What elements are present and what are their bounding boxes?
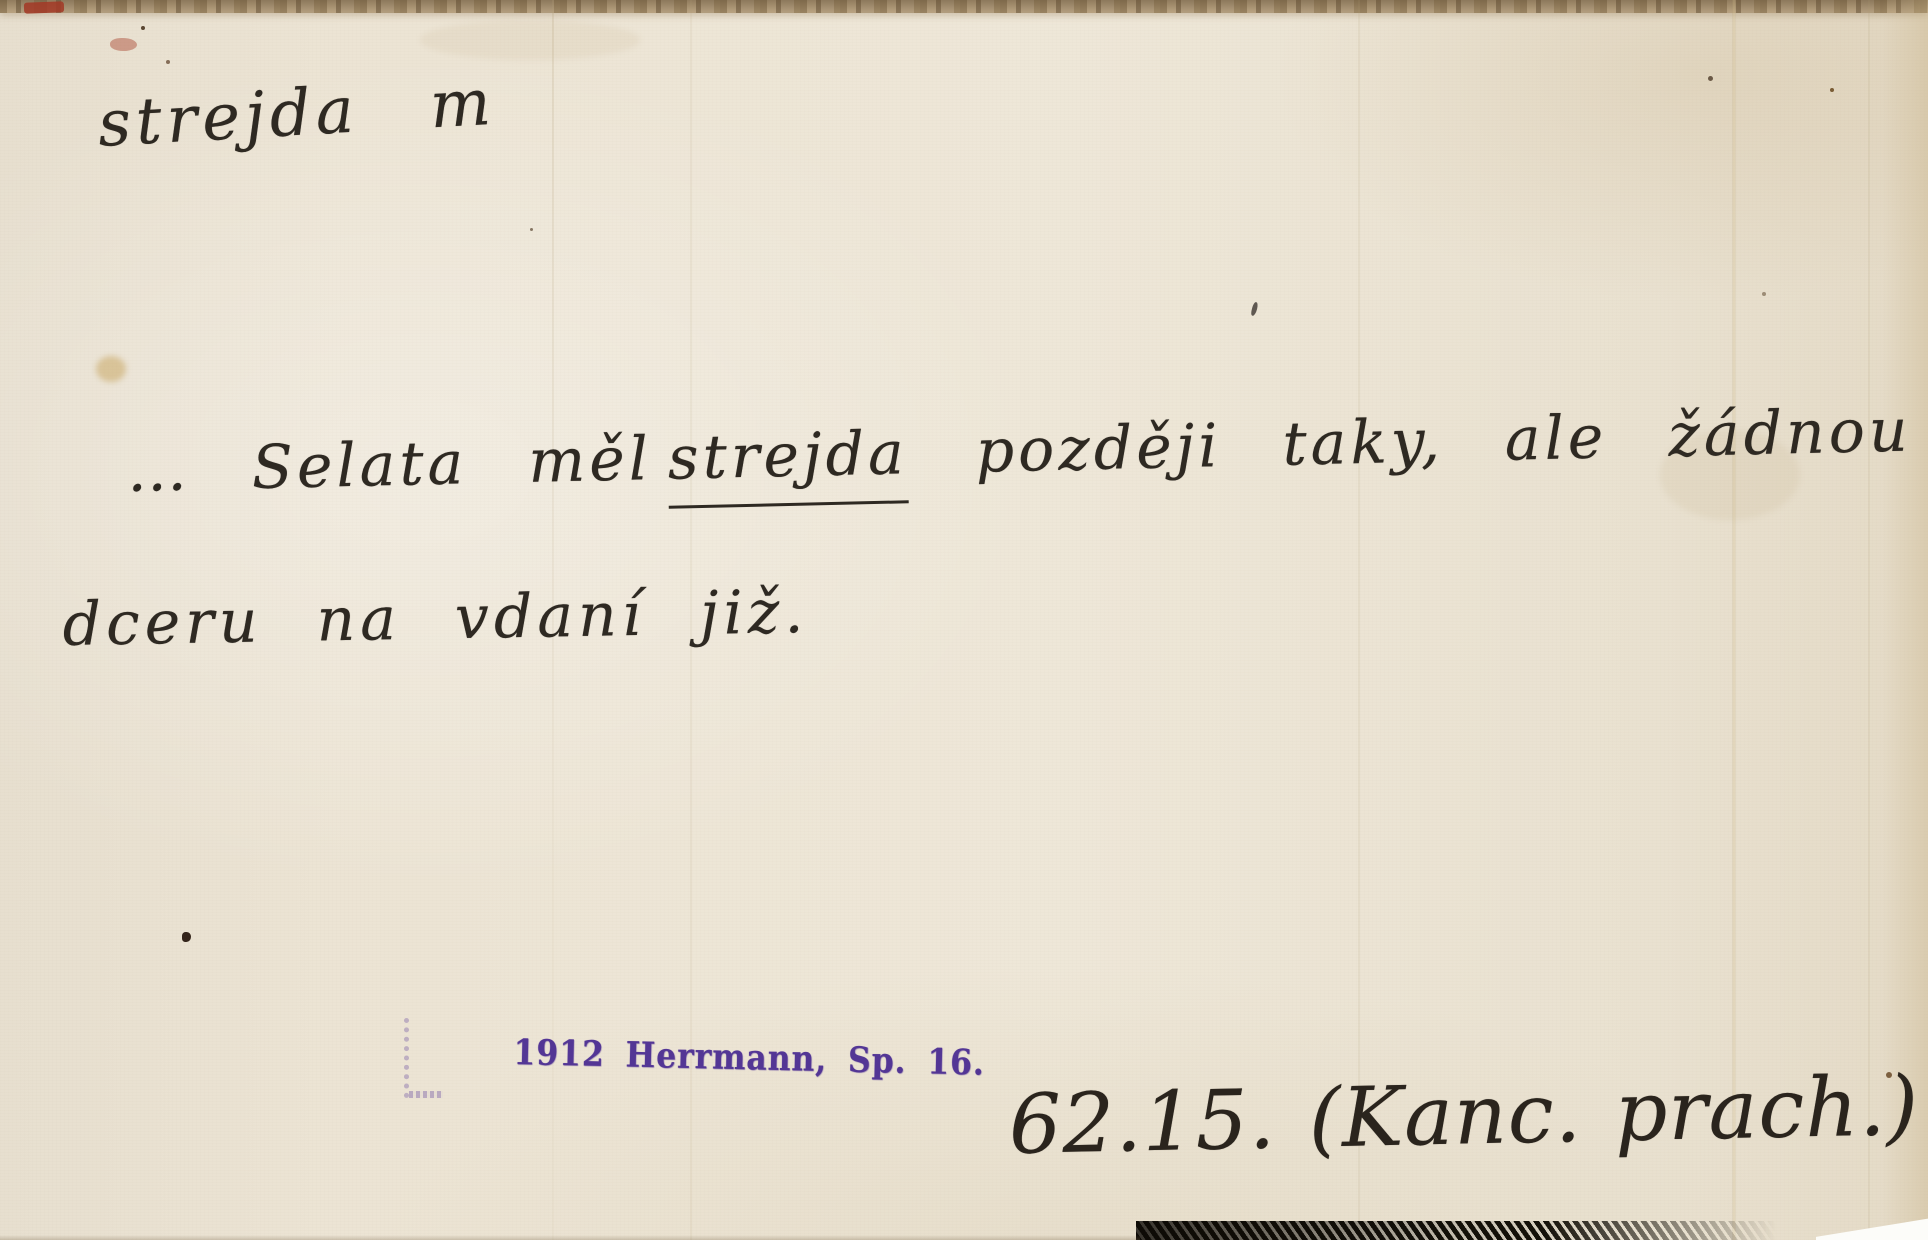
paper-speck	[141, 26, 145, 30]
date-stamp: 1912 Herrmann, Sp. 16.	[513, 1032, 985, 1084]
paper-crease	[1358, 0, 1360, 1240]
paper-crease	[1732, 0, 1736, 1240]
scan-bottom-edge-artifact	[1136, 1221, 1796, 1240]
red-ink-mark-artifact	[24, 1, 64, 13]
note-line1-underlined-word: strejda	[667, 418, 909, 508]
handwritten-shelfmark: 62.15. (Kanc. prach.)	[1008, 1059, 1920, 1173]
note-line1-post: později taky, ale žádnou	[975, 396, 1912, 487]
scan-top-edge-artifact	[0, 0, 1928, 13]
paper-speck	[530, 228, 533, 231]
paper-stain	[96, 356, 126, 382]
paper-speck	[182, 932, 191, 942]
paper-speck	[1708, 76, 1713, 81]
paper-stain	[420, 20, 640, 60]
paper-speck	[1762, 292, 1766, 296]
stamp-ink-smudge	[404, 1018, 455, 1098]
note-line1-pre: … Selata měl	[126, 424, 653, 506]
handwritten-heading: strejda m	[96, 66, 498, 162]
paper-speck	[1830, 88, 1834, 92]
paper-speck	[166, 60, 170, 64]
handwritten-note-line2: dceru na vdaní již.	[62, 577, 809, 660]
stray-pen-mark	[1250, 302, 1258, 317]
paper-crease	[1868, 0, 1870, 1240]
scan-background-corner	[1816, 1214, 1928, 1240]
handwritten-note-line1: … Selata mělstrejdapozději taky, ale žád…	[126, 396, 1912, 506]
red-ink-mark-artifact	[110, 38, 137, 51]
scanned-document-page: strejda m … Selata mělstrejdapozději tak…	[0, 0, 1928, 1240]
scan-right-edge-shading	[1882, 0, 1928, 1240]
card-bottom-edge-shadow	[0, 1235, 1140, 1240]
